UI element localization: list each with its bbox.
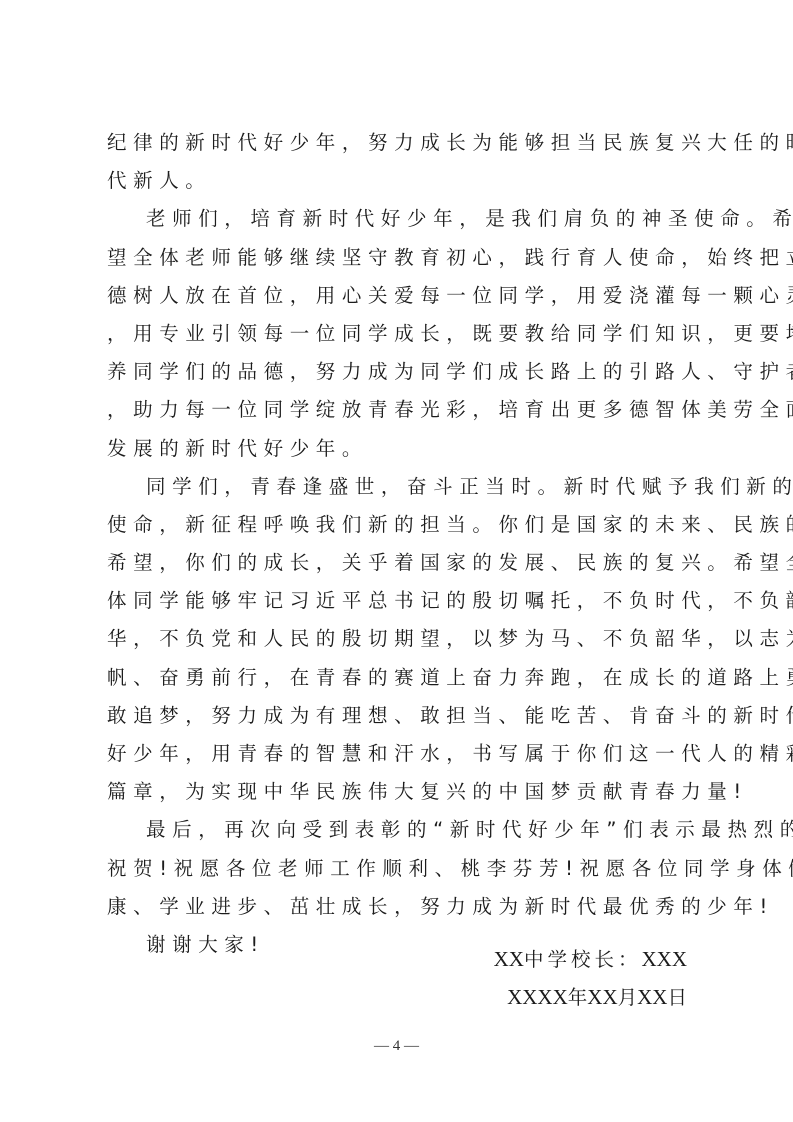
date-month: XX bbox=[587, 985, 617, 1009]
text-line: 华，不负党和人民的殷切期望，以梦为马、不负韶华，以志为 bbox=[107, 620, 689, 658]
text-line: 同学们，青春逢盛世，奋斗正当时。新时代赋予我们新的 bbox=[107, 468, 689, 506]
text-line: 发展的新时代好少年。 bbox=[107, 430, 689, 468]
text-line: 康、学业进步、茁壮成长，努力成为新时代最优秀的少年! bbox=[107, 888, 689, 926]
date-year-unit: 年 bbox=[568, 986, 588, 1009]
text-line: 体同学能够牢记习近平总书记的殷切嘱托，不负时代，不负韶 bbox=[107, 582, 689, 620]
signature-school-principal: XX中学校长：XXX bbox=[387, 944, 687, 972]
text-line: ，助力每一位同学绽放青春光彩，培育出更多德智体美劳全面 bbox=[107, 391, 689, 429]
text-line: 帆、奋勇前行，在青春的赛道上奋力奔跑，在成长的道路上勇 bbox=[107, 659, 689, 697]
date-day-unit: 日 bbox=[667, 986, 687, 1009]
principal-name-placeholder: XXX bbox=[642, 947, 688, 971]
text-line: 好少年，用青春的智慧和汗水，书写属于你们这一代人的精彩 bbox=[107, 735, 689, 773]
text-line: 敢追梦，努力成为有理想、敢担当、能吃苦、肯奋斗的新时代 bbox=[107, 697, 689, 735]
text-line: 德树人放在首位，用心关爱每一位同学，用爱浇灌每一颗心灵 bbox=[107, 277, 689, 315]
text-line: 老师们，培育新时代好少年，是我们肩负的神圣使命。希 bbox=[107, 200, 689, 238]
text-line: 望全体老师能够继续坚守教育初心，践行育人使命，始终把立 bbox=[107, 239, 689, 277]
text-line: 希望，你们的成长，关乎着国家的发展、民族的复兴。希望全 bbox=[107, 544, 689, 582]
text-line: 代新人。 bbox=[107, 162, 689, 200]
text-line: 使命，新征程呼唤我们新的担当。你们是国家的未来、民族的 bbox=[107, 506, 689, 544]
date-month-unit: 月 bbox=[618, 986, 638, 1009]
speech-body: 纪律的新时代好少年，努力成长为能够担当民族复兴大任的时 代新人。 老师们，培育新… bbox=[107, 124, 689, 964]
date-day: XX bbox=[637, 985, 667, 1009]
text-line: ，用专业引领每一位同学成长，既要教给同学们知识，更要培 bbox=[107, 315, 689, 353]
text-line: 祝贺!祝愿各位老师工作顺利、桃李芬芳!祝愿各位同学身体健 bbox=[107, 850, 689, 888]
text-line: 养同学们的品德，努力成为同学们成长路上的引路人、守护者 bbox=[107, 353, 689, 391]
text-line: 纪律的新时代好少年，努力成长为能够担当民族复兴大任的时 bbox=[107, 124, 689, 162]
document-page: 纪律的新时代好少年，努力成长为能够担当民族复兴大任的时 代新人。 老师们，培育新… bbox=[0, 0, 793, 1122]
page-number: — 4 — bbox=[0, 1038, 793, 1055]
signature-date: XXXX年XX月XX日 bbox=[387, 982, 687, 1010]
principal-title: 中学校长： bbox=[524, 948, 642, 971]
date-year: XXXX bbox=[507, 985, 568, 1009]
text-line: 最后，再次向受到表彰的“新时代好少年”们表示最热烈的 bbox=[107, 811, 689, 849]
text-line: 篇章，为实现中华民族伟大复兴的中国梦贡献青春力量! bbox=[107, 773, 689, 811]
school-name-placeholder: XX bbox=[494, 947, 524, 971]
